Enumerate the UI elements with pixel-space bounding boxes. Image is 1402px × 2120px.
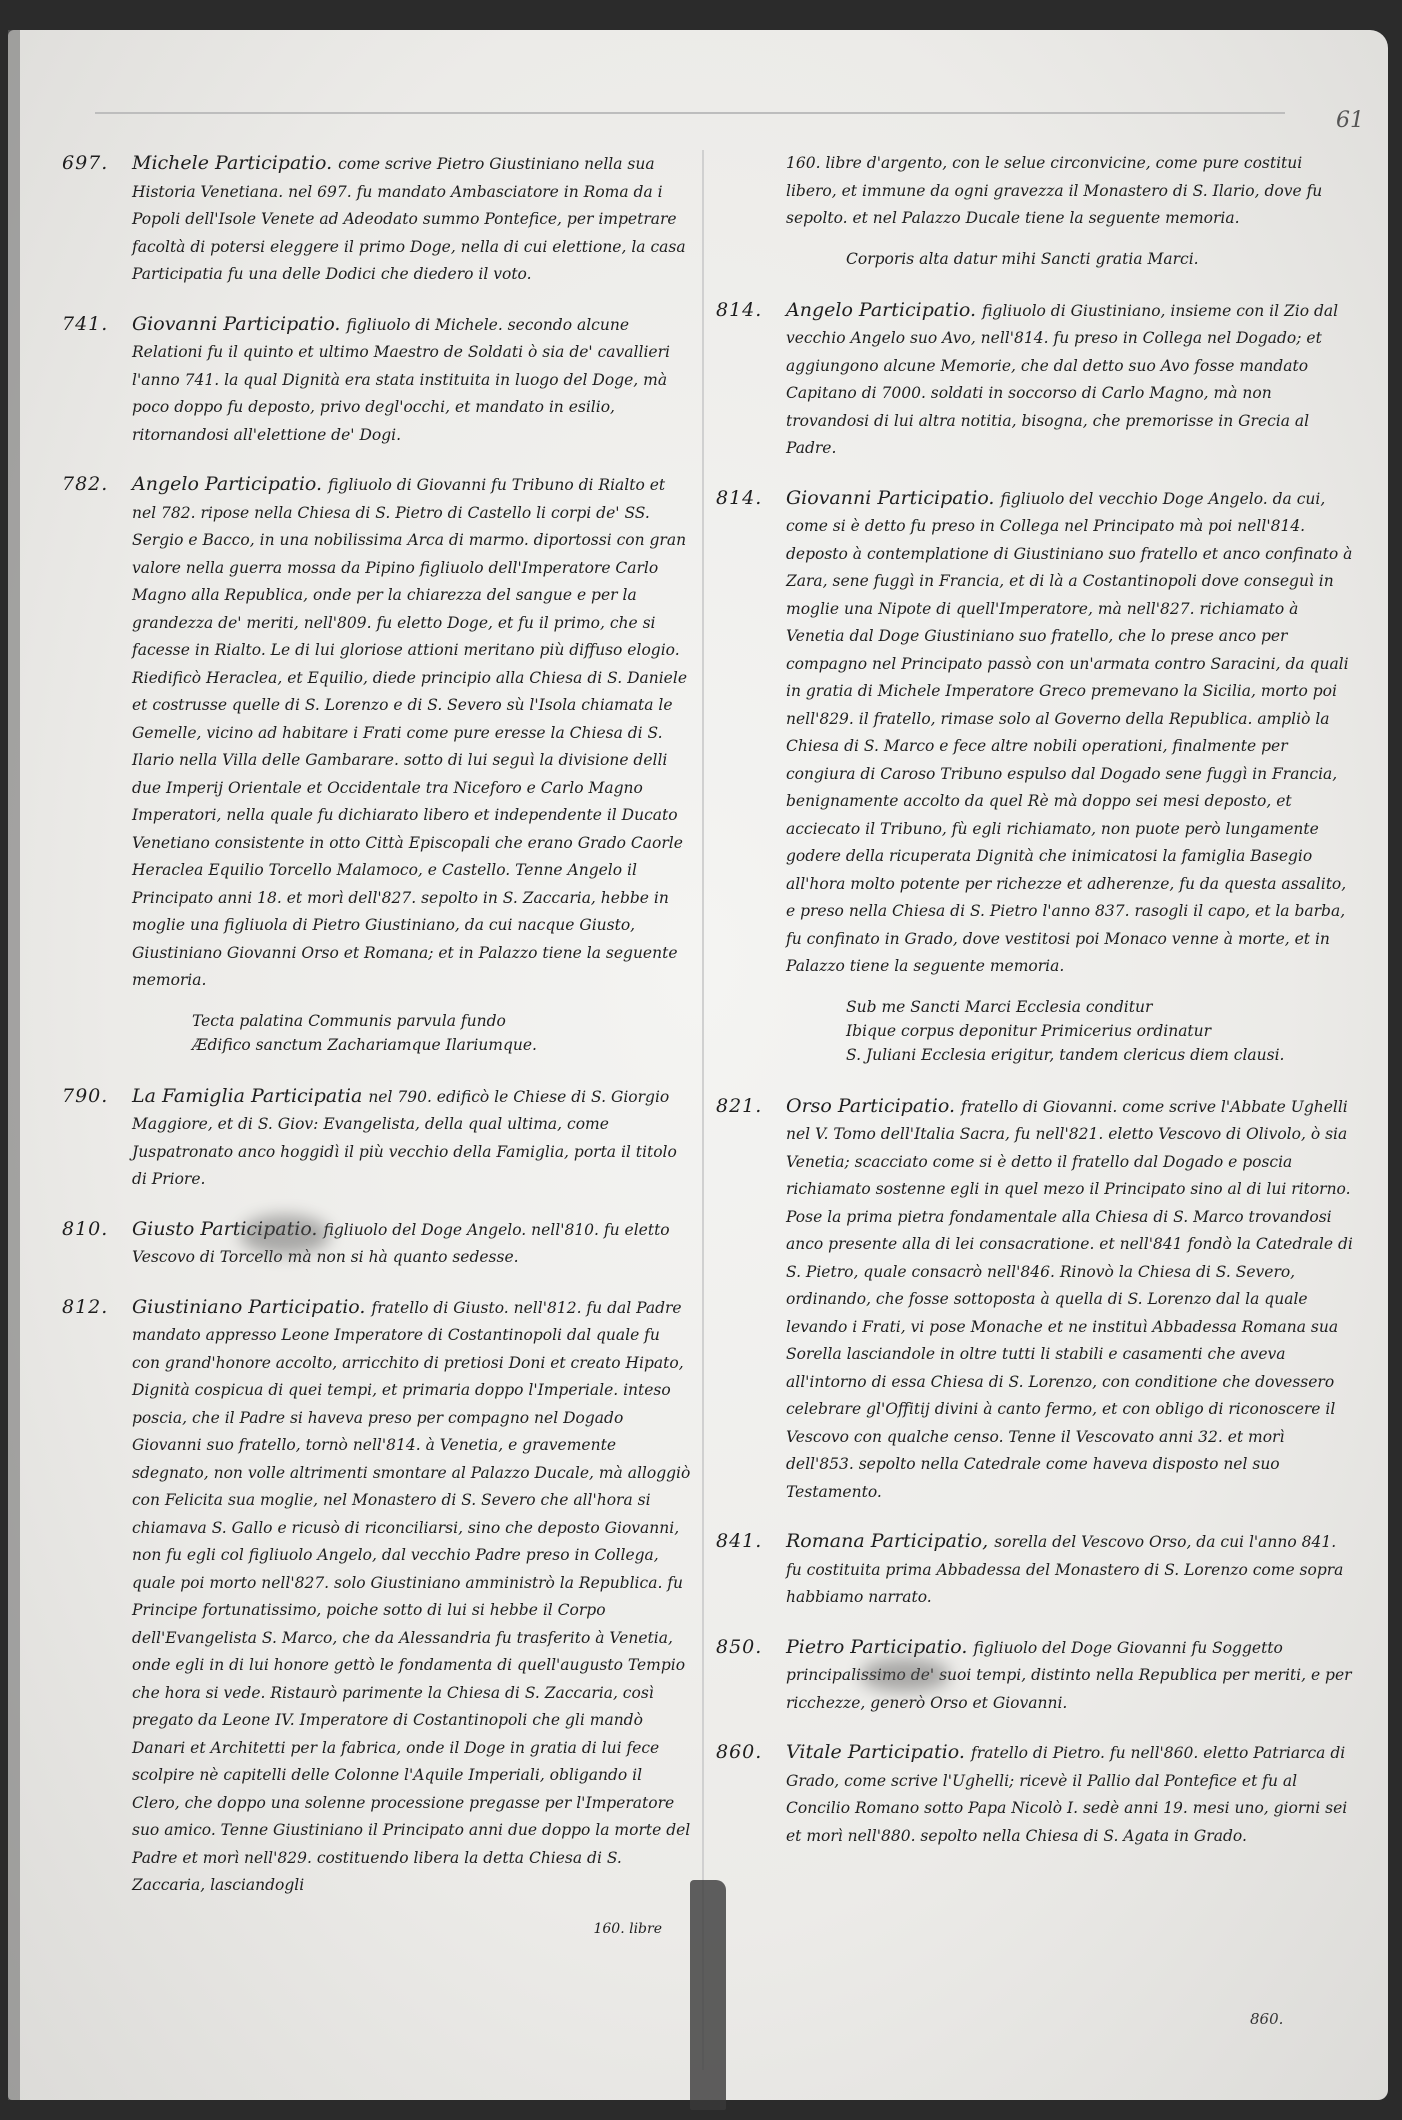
entry-year: 782.	[62, 471, 108, 499]
entry-orso-821: 821. Orso Participatio. fratello di Giov…	[716, 1093, 1356, 1507]
entry-text: fratello di Giovanni. come scrive l'Abba…	[786, 1098, 1353, 1501]
inscription-line: Sub me Sancti Marci Ecclesia conditur	[846, 995, 1356, 1019]
latin-inscription-giovanni: Sub me Sancti Marci Ecclesia conditur Ib…	[716, 995, 1356, 1067]
entry-name: Giovanni Participatio.	[132, 313, 347, 335]
entry-year: 697.	[62, 150, 108, 178]
binding-edge	[8, 30, 20, 2100]
entry-year: 841.	[716, 1528, 762, 1556]
entry-pietro-850: 850. Pietro Participatio. figliuolo del …	[716, 1634, 1356, 1718]
entry-vitale-860: 860. Vitale Participatio. fratello di Pi…	[716, 1739, 1356, 1850]
entry-year: 821.	[716, 1093, 762, 1121]
entry-name: Romana Participatio,	[786, 1530, 994, 1552]
catchword: 160. libre	[62, 1916, 692, 1944]
entry-giovanni-741: 741. Giovanni Participatio. figliuolo di…	[62, 311, 692, 450]
entry-text: figliuolo di Giustiniano, insieme con il…	[786, 302, 1338, 458]
entry-name: Vitale Participatio.	[786, 1741, 971, 1763]
latin-inscription-giustiniano: Corporis alta datur mihi Sancti gratia M…	[716, 247, 1356, 271]
entry-angelo-814: 814. Angelo Participatio. figliuolo di G…	[716, 297, 1356, 463]
entry-name: Angelo Participatio.	[786, 299, 982, 321]
ink-smudge	[240, 1215, 330, 1255]
entry-giovanni-814: 814. Giovanni Participatio. figliuolo de…	[716, 485, 1356, 981]
entry-year: 814.	[716, 485, 762, 513]
column-divider	[702, 150, 704, 2070]
entry-year: 850.	[716, 1634, 762, 1662]
inscription-line: S. Juliani Ecclesia erigitur, tandem cle…	[846, 1043, 1356, 1067]
entry-text: come scrive Pietro Giustiniano nella sua…	[132, 155, 686, 283]
footer-catchword: 860.	[1250, 2010, 1283, 2028]
inscription-line: Ibique corpus deponitur Primicerius ordi…	[846, 1019, 1356, 1043]
top-rule-line	[95, 112, 1285, 114]
entry-year: 790.	[62, 1083, 108, 1111]
entry-angelo-782: 782. Angelo Participatio. figliuolo di G…	[62, 471, 692, 995]
paper-tab-strip	[690, 1880, 726, 2110]
entry-year: 860.	[716, 1739, 762, 1767]
entry-year: 741.	[62, 311, 108, 339]
inscription-line: Ædifico sanctum Zachariamque Ilariumque.	[192, 1033, 692, 1057]
entry-giusto-810: 810. Giusto Participatio. figliuolo del …	[62, 1216, 692, 1272]
entry-name: Michele Participatio.	[132, 152, 338, 174]
entry-text: fratello di Giusto. nell'812. fu dal Pad…	[132, 1299, 690, 1895]
entry-romana-841: 841. Romana Participatio, sorella del Ve…	[716, 1528, 1356, 1612]
entry-michele: 697. Michele Participatio. come scrive P…	[62, 150, 692, 289]
latin-inscription-angelo: Tecta palatina Communis parvula fundo Æd…	[62, 1009, 692, 1057]
entry-name: Pietro Participatio.	[786, 1636, 973, 1658]
ink-smudge	[860, 1658, 950, 1692]
entry-name: Giustiniano Participatio.	[132, 1296, 371, 1318]
entry-name: Orso Participatio.	[786, 1095, 961, 1117]
inscription-line: Corporis alta datur mihi Sancti gratia M…	[846, 247, 1356, 271]
entry-text: figliuolo di Giovanni fu Tribuno di Rial…	[132, 476, 687, 989]
entry-giustiniano-812: 812. Giustiniano Participatio. fratello …	[62, 1294, 692, 1900]
entry-famiglia-790: 790. La Famiglia Participatia nel 790. e…	[62, 1083, 692, 1194]
entry-text: figliuolo del vecchio Doge Angelo. da cu…	[786, 490, 1352, 976]
folio-number: 61	[1336, 108, 1364, 133]
continuation-giustiniano: 160. libre d'argento, con le selue circo…	[716, 150, 1356, 233]
entry-year: 814.	[716, 297, 762, 325]
entry-name: La Famiglia Participatia	[132, 1085, 368, 1107]
left-column: 697. Michele Participatio. come scrive P…	[62, 150, 692, 1943]
entry-year: 812.	[62, 1294, 108, 1322]
entry-year: 810.	[62, 1216, 108, 1244]
entry-name: Giovanni Participatio.	[786, 487, 1001, 509]
inscription-line: Tecta palatina Communis parvula fundo	[192, 1009, 692, 1033]
right-column: 160. libre d'argento, con le selue circo…	[716, 150, 1356, 1872]
entry-name: Angelo Participatio.	[132, 473, 328, 495]
